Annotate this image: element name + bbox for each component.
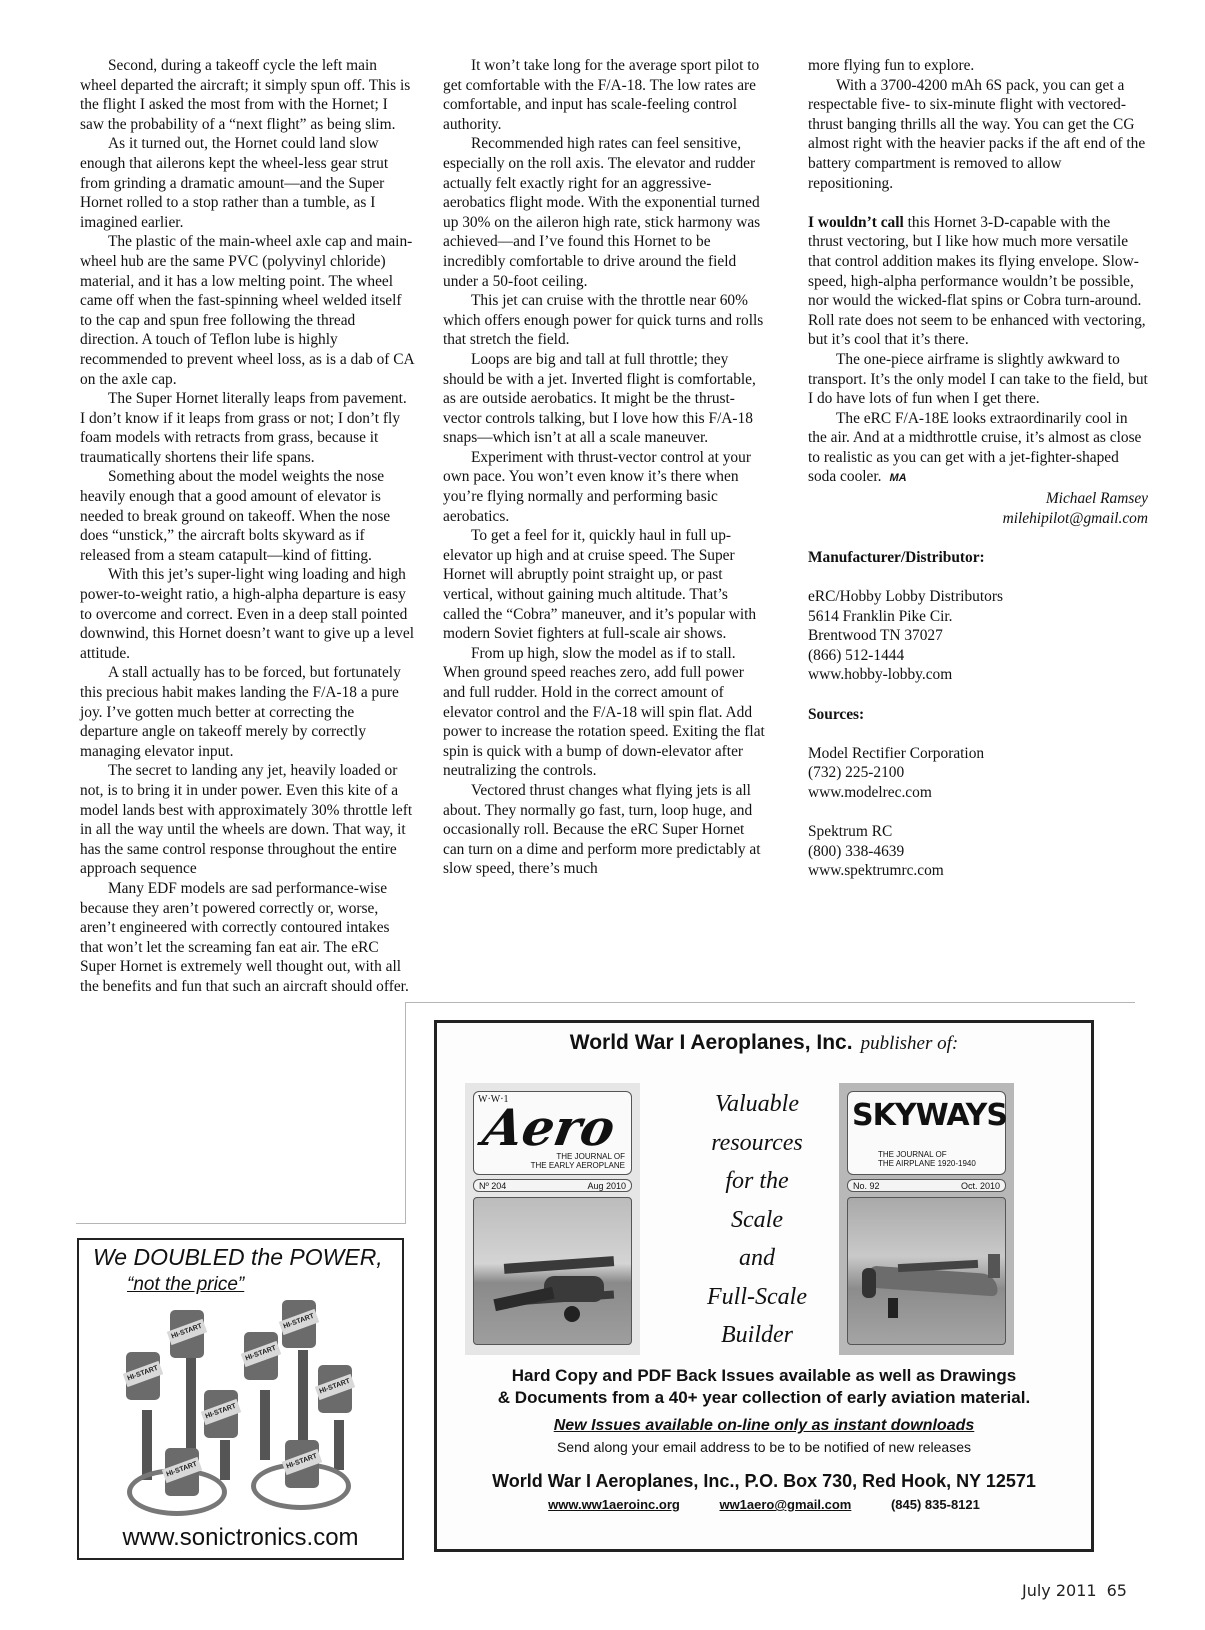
paragraph: From up high, slow the model as if to st… [443, 644, 768, 781]
author-email[interactable]: milehipilot@gmail.com [808, 509, 1148, 529]
paragraph: The secret to landing any jet, heavily l… [80, 761, 415, 879]
skyways-masthead: SKYWAYS THE JOURNAL OFTHE AIRPLANE 1920-… [847, 1091, 1006, 1175]
paragraph: Vectored thrust changes what flying jets… [443, 781, 768, 879]
skyways-magazine-cover: SKYWAYS THE JOURNAL OFTHE AIRPLANE 1920-… [839, 1083, 1014, 1355]
paragraph: With a 3700-4200 mAh 6S pack, you can ge… [808, 76, 1148, 194]
sonictronics-ad[interactable]: We DOUBLED the POWER, “not the price” HI… [77, 1238, 404, 1560]
aero-logo: Aero [479, 1098, 620, 1157]
issue-date: July 2011 [1022, 1581, 1097, 1600]
article-column-3: more flying fun to explore. With a 3700-… [808, 56, 1148, 881]
divider [405, 1002, 1135, 1003]
ad-phone: (845) 835-8121 [891, 1497, 980, 1512]
source-website-link[interactable]: www.spektrumrc.com [808, 861, 1148, 881]
source-name: Spektrum RC [808, 822, 1148, 842]
paragraph: The one-piece airframe is slightly awkwa… [808, 350, 1148, 409]
paragraph: Second, during a takeoff cycle the left … [80, 56, 415, 134]
ad-email-signup-note: Send along your email address to be to b… [437, 1439, 1091, 1455]
article-column-1: Second, during a takeoff cycle the left … [80, 56, 415, 997]
manufacturer-phone: (866) 512-1444 [808, 646, 1148, 666]
ad-description: Hard Copy and PDF Back Issues available … [437, 1365, 1091, 1409]
paragraph: The plastic of the main-wheel axle cap a… [80, 232, 415, 389]
paragraph: To get a feel for it, quickly haul in fu… [443, 526, 768, 644]
source-name: Model Rectifier Corporation [808, 744, 1148, 764]
issue-strip: No. 92Oct. 2010 [847, 1179, 1006, 1192]
section-lead-in: I wouldn’t call [808, 214, 904, 231]
author-name: Michael Ramsey [808, 489, 1148, 509]
paragraph: I wouldn’t call this Hornet 3-D-capable … [808, 213, 1148, 350]
ww1-aeroplanes-ad[interactable]: World War I Aeroplanes, Inc.publisher of… [434, 1020, 1094, 1552]
ad-contact-row: www.ww1aeroinc.org ww1aero@gmail.com (84… [437, 1497, 1091, 1512]
skyways-logo: SKYWAYS [852, 1098, 1007, 1133]
paragraph: The Super Hornet literally leaps from pa… [80, 389, 415, 467]
aero-masthead: W·W·1 Aero THE JOURNAL OFTHE EARLY AEROP… [473, 1091, 632, 1175]
ad-website-link[interactable]: www.sonictronics.com [79, 1524, 402, 1552]
paragraph: Loops are big and tall at full throttle;… [443, 350, 768, 448]
manufacturer-heading: Manufacturer/Distributor: [808, 548, 1148, 568]
page-footer: July 201165 [1022, 1581, 1127, 1600]
paragraph: A stall actually has to be forced, but f… [80, 663, 415, 761]
source-phone: (732) 225-2100 [808, 763, 1148, 783]
article-column-2: It won’t take long for the average sport… [443, 56, 768, 879]
ad-postal-address: World War I Aeroplanes, Inc., P.O. Box 7… [437, 1471, 1091, 1492]
paragraph: With this jet’s super-light wing loading… [80, 565, 415, 663]
monoplane-photo [847, 1197, 1006, 1345]
divider [76, 1223, 406, 1224]
ad-tagline: Valuable resources for the Scale and Ful… [677, 1085, 837, 1355]
manufacturer-city: Brentwood TN 37027 [808, 626, 1148, 646]
ad-new-issues-notice: New Issues available on-line only as ins… [437, 1417, 1091, 1435]
biplane-photo [473, 1197, 632, 1345]
ad-headline: We DOUBLED the POWER, [93, 1244, 383, 1271]
sources-heading: Sources: [808, 705, 1148, 725]
source-phone: (800) 338-4639 [808, 842, 1148, 862]
ad-website-link[interactable]: www.ww1aeroinc.org [548, 1497, 680, 1512]
paragraph: This jet can cruise with the throttle ne… [443, 291, 768, 350]
paragraph: Something about the model weights the no… [80, 467, 415, 565]
paragraph: Experiment with thrust-vector control at… [443, 448, 768, 526]
paragraph: As it turned out, the Hornet could land … [80, 134, 415, 232]
manufacturer-website-link[interactable]: www.hobby-lobby.com [808, 665, 1148, 685]
paragraph: Recommended high rates can feel sensitiv… [443, 134, 768, 291]
source-website-link[interactable]: www.modelrec.com [808, 783, 1148, 803]
page-number: 65 [1107, 1581, 1127, 1600]
manufacturer-name: eRC/Hobby Lobby Distributors [808, 587, 1148, 607]
paragraph: The eRC F/A-18E looks extraordinarily co… [808, 409, 1148, 489]
aero-magazine-cover: W·W·1 Aero THE JOURNAL OFTHE EARLY AEROP… [465, 1083, 640, 1355]
ad-email-link[interactable]: ww1aero@gmail.com [719, 1497, 851, 1512]
ad-subhead: “not the price” [127, 1274, 244, 1296]
paragraph: Many EDF models are sad performance-wise… [80, 879, 415, 997]
divider [405, 1002, 406, 1223]
manufacturer-address: 5614 Franklin Pike Cir. [808, 607, 1148, 627]
ad-title: World War I Aeroplanes, Inc.publisher of… [437, 1031, 1091, 1055]
paragraph: It won’t take long for the average sport… [443, 56, 768, 134]
paragraph-continuation: more flying fun to explore. [808, 56, 1148, 76]
issue-strip: Nº 204Aug 2010 [473, 1179, 632, 1192]
end-mark-icon: MA [890, 472, 907, 484]
